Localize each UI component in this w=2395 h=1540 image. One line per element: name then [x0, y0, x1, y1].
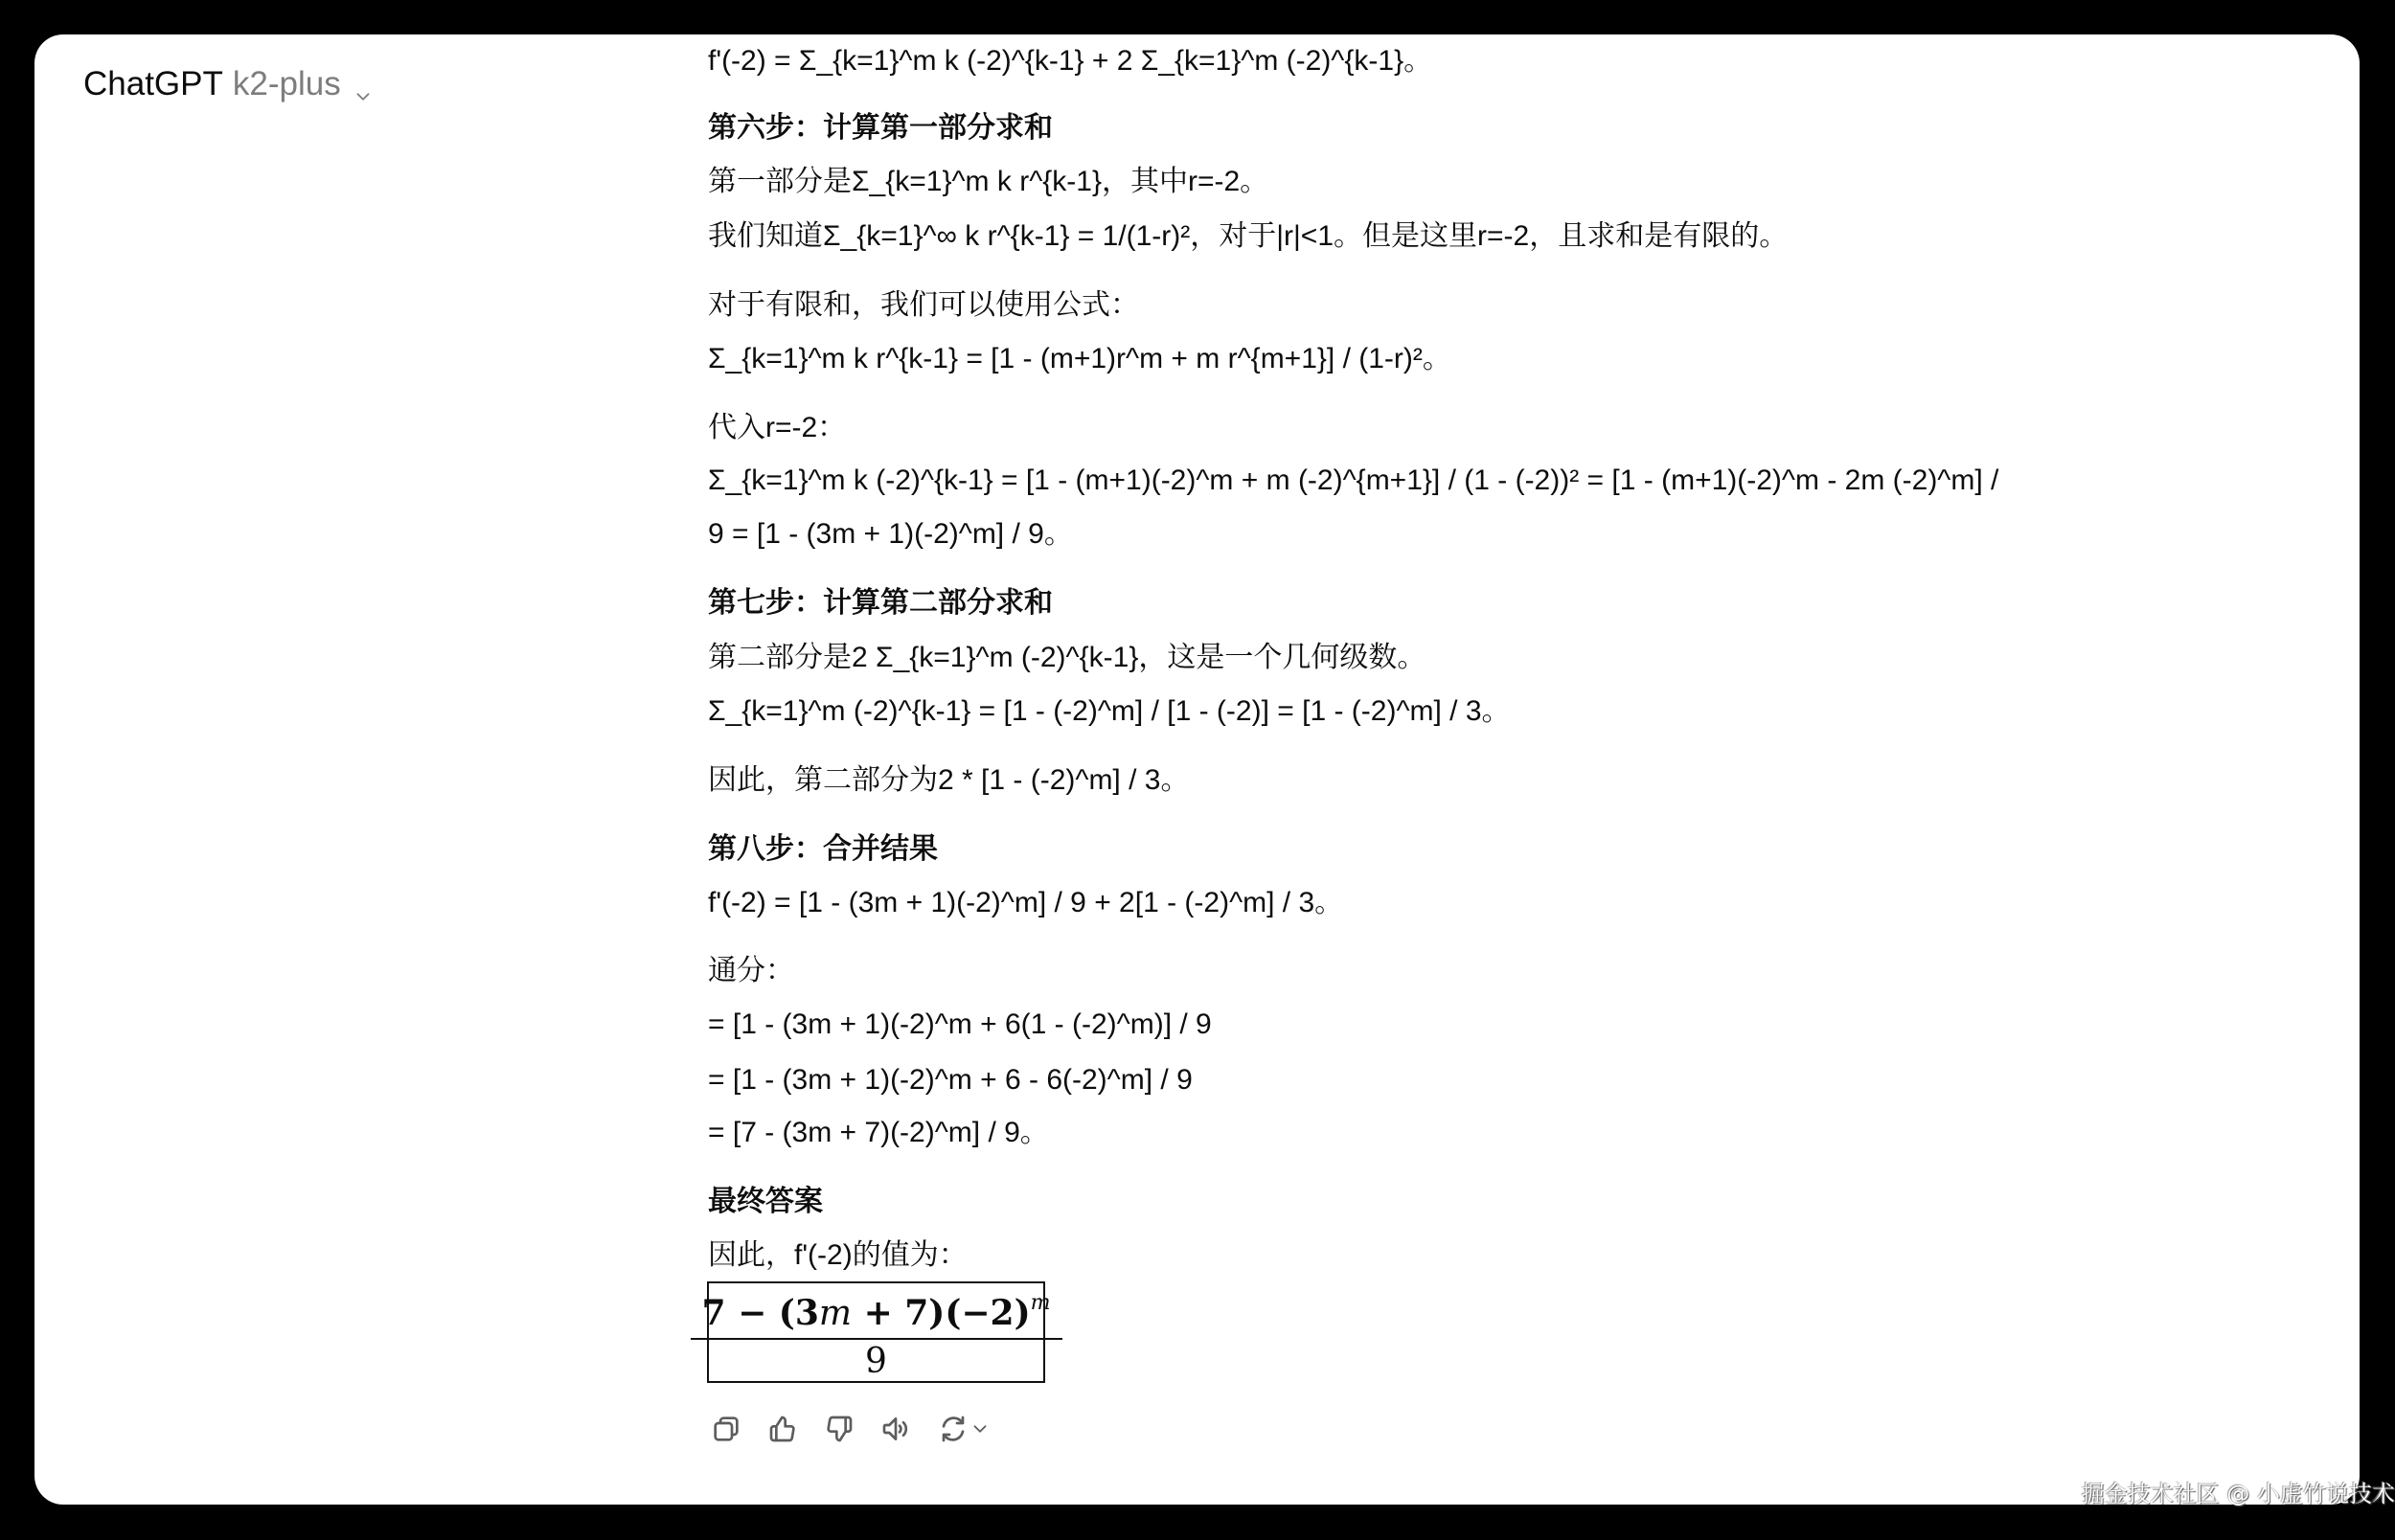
message-paragraph: 9 = [1 - (3m + 1)(-2)^m] / 9。	[708, 515, 1073, 554]
thumbs-down-icon	[824, 1414, 855, 1444]
regenerate-icon	[938, 1414, 969, 1444]
thumbs-down-button[interactable]	[820, 1410, 858, 1448]
message-paragraph: 因此，第二部分为2 * [1 - (-2)^m] / 3。	[708, 761, 1189, 800]
watermark: 掘金技术社区 @ 小虚竹说技术	[2082, 1475, 2395, 1508]
model-name: k2-plus	[233, 61, 341, 107]
message-paragraph: Σ_{k=1}^m (-2)^{k-1} = [1 - (-2)^m] / [1…	[708, 692, 1511, 731]
message-paragraph: f'(-2) = Σ_{k=1}^m k (-2)^{k-1} + 2 Σ_{k…	[708, 42, 1432, 80]
message-paragraph: 因此，f'(-2)的值为：	[708, 1236, 968, 1275]
fraction-numerator: 7 − (3m + 7)(−2)m	[691, 1283, 1062, 1340]
read-aloud-button[interactable]	[877, 1410, 915, 1448]
message-paragraph: 代入r=-2：	[708, 409, 846, 447]
message-paragraph: = [1 - (3m + 1)(-2)^m + 6(1 - (-2)^m)] /…	[708, 1006, 1212, 1044]
chat-window: ChatGPT k2-plus f'(-2) = Σ_{k=1}^m k (-2…	[34, 34, 2360, 1505]
speaker-icon	[880, 1414, 911, 1444]
message-paragraph: 对于有限和，我们可以使用公式：	[708, 286, 1139, 325]
copy-icon	[711, 1414, 741, 1444]
message-paragraph: = [7 - (3m + 7)(-2)^m] / 9。	[708, 1114, 1049, 1152]
step-heading: 第六步：计算第一部分求和	[708, 109, 1053, 147]
fraction-denominator: 9	[865, 1340, 887, 1382]
step-heading: 第七步：计算第二部分求和	[708, 584, 1053, 623]
message-paragraph: f'(-2) = [1 - (3m + 1)(-2)^m] / 9 + 2[1 …	[708, 884, 1343, 922]
model-switcher[interactable]: ChatGPT k2-plus	[83, 61, 374, 107]
message-paragraph: = [1 - (3m + 1)(-2)^m + 6 - 6(-2)^m] / 9	[708, 1061, 1193, 1099]
message-paragraph: 通分：	[708, 952, 794, 990]
chevron-down-icon	[969, 1418, 991, 1439]
copy-button[interactable]	[707, 1410, 745, 1448]
brand-name: ChatGPT	[83, 61, 223, 107]
regenerate-options-button[interactable]	[967, 1410, 993, 1448]
message-paragraph: 第二部分是2 Σ_{k=1}^m (-2)^{k-1}，这是一个几何级数。	[708, 639, 1426, 677]
message-paragraph: Σ_{k=1}^m k r^{k-1} = [1 - (m+1)r^m + m …	[708, 340, 1451, 378]
final-answer-box: 7 − (3m + 7)(−2)m 9	[707, 1281, 1045, 1383]
step-heading: 最终答案	[708, 1183, 823, 1221]
chevron-down-icon	[353, 74, 374, 95]
message-paragraph: 我们知道Σ_{k=1}^∞ k r^{k-1} = 1/(1-r)²，对于|r|…	[708, 217, 1788, 256]
thumbs-up-icon	[767, 1414, 798, 1444]
message-actions	[707, 1410, 993, 1448]
step-heading: 第八步：合并结果	[708, 830, 938, 869]
message-paragraph: 第一部分是Σ_{k=1}^m k r^{k-1}，其中r=-2。	[708, 163, 1268, 201]
message-paragraph: Σ_{k=1}^m k (-2)^{k-1} = [1 - (m+1)(-2)^…	[708, 462, 1998, 500]
thumbs-up-button[interactable]	[764, 1410, 802, 1448]
